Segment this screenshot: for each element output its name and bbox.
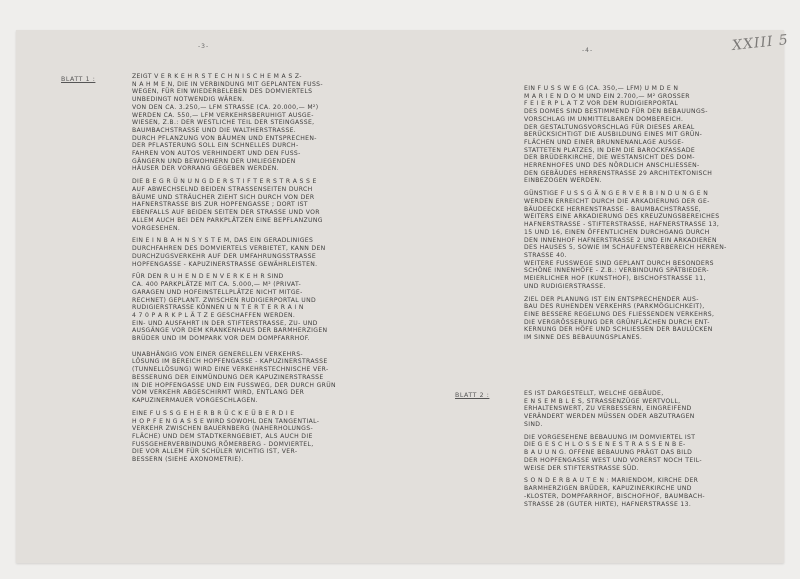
paragraph-sonderbauten: S O N D E R B A U T E N : MARIENDOM, KIR…: [524, 477, 779, 508]
blatt-1-label: BLATT 1 :: [61, 76, 95, 83]
paragraph-verkehrstechnische-massnahmen: ZEIGT V E R K E H R S T E C H N I S C H …: [132, 73, 377, 173]
paragraph-fussgaengerverbindungen: GÜNSTIGE F U S S G Ä N G E R V E R B I N…: [524, 190, 779, 290]
paragraph-geschlossene-bebauung: DIE VORGESEHENE BEBAUUNG IM DOMVIERTEL I…: [524, 434, 779, 473]
blatt-2-text: ES IST DARGESTELLT, WELCHE GEBÄUDE, E N …: [524, 390, 779, 513]
paragraph-verkehrsloesung: UNABHÄNGIG VON EINER GENERELLEN VERKEHRS…: [132, 351, 377, 405]
paragraph-ziel-der-planung: ZIEL DER PLANUNG IST EIN ENTSPRECHENDER …: [524, 296, 779, 342]
blatt-1-text: ZEIGT V E R K E H R S T E C H N I S C H …: [132, 73, 377, 469]
paragraph-gebaeudebewertung: ES IST DARGESTELLT, WELCHE GEBÄUDE, E N …: [524, 390, 779, 429]
page-number-right: -4-: [582, 47, 593, 54]
paragraph-begruenung-stifterstrasse: DIE B E G R Ü N U N G D E R S T I F T E …: [132, 178, 377, 232]
blatt-2-label: BLATT 2 :: [455, 392, 489, 399]
right-column-text: EIN F U S S W E G (ca. 350,— lfm) U M D …: [524, 85, 779, 347]
paragraph-fussgeherbruecke: EINE F U S S G E H E R B R Ü C K E Ü B E…: [132, 410, 377, 464]
page-number-left: -3-: [198, 43, 209, 50]
paragraph-einbahnsystem: EIN E I N B A H N S Y S T E M, DAS EIN G…: [132, 237, 377, 268]
paragraph-ruhender-verkehr: FÜR DEN R U H E N D E N V E R K E H R SI…: [132, 273, 377, 342]
paragraph-fussweg-mariendom: EIN F U S S W E G (ca. 350,— lfm) U M D …: [524, 85, 779, 185]
